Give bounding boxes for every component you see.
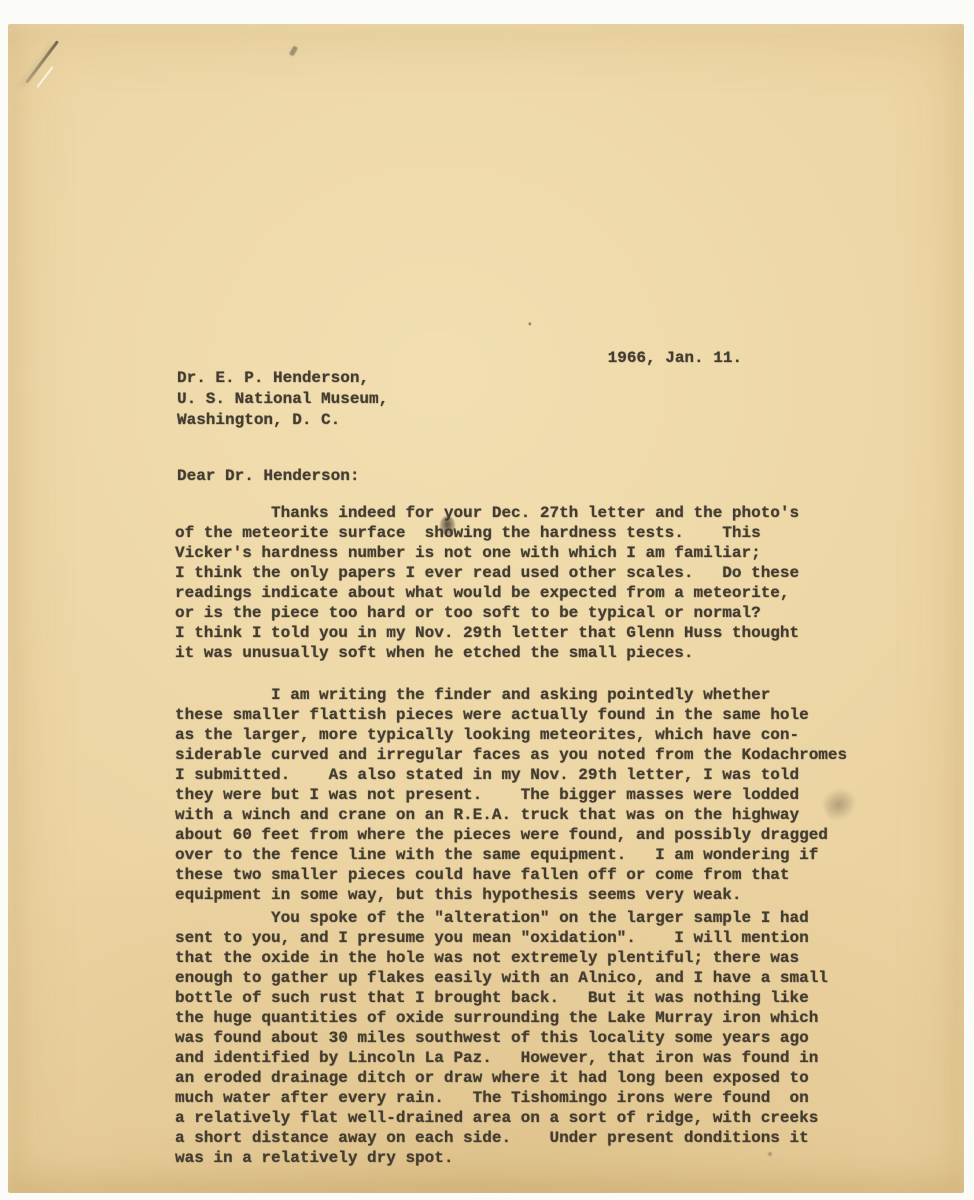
paper-speck-icon — [289, 45, 298, 56]
body-paragraph-2: I am writing the finder and asking point… — [175, 685, 895, 905]
body-paragraph-3: You spoke of the "alteration" on the lar… — [175, 908, 895, 1168]
salutation: Dear Dr. Henderson: — [177, 466, 359, 486]
letter-paper: . 1966, Jan. 11. Dr. E. P. Henderson, U.… — [8, 24, 964, 1193]
scratch-mark-icon — [36, 66, 53, 88]
scanned-letter: . 1966, Jan. 11. Dr. E. P. Henderson, U.… — [0, 0, 974, 1200]
recipient-address: Dr. E. P. Henderson, U. S. National Muse… — [177, 368, 388, 431]
date-line: . 1966, Jan. 11. — [550, 308, 742, 388]
pencil-mark-icon — [25, 40, 59, 83]
letter-date: 1966, Jan. 11. — [608, 349, 742, 367]
body-paragraph-1: Thanks indeed for your Dec. 27th letter … — [175, 503, 895, 663]
stray-dot: . — [525, 311, 535, 331]
